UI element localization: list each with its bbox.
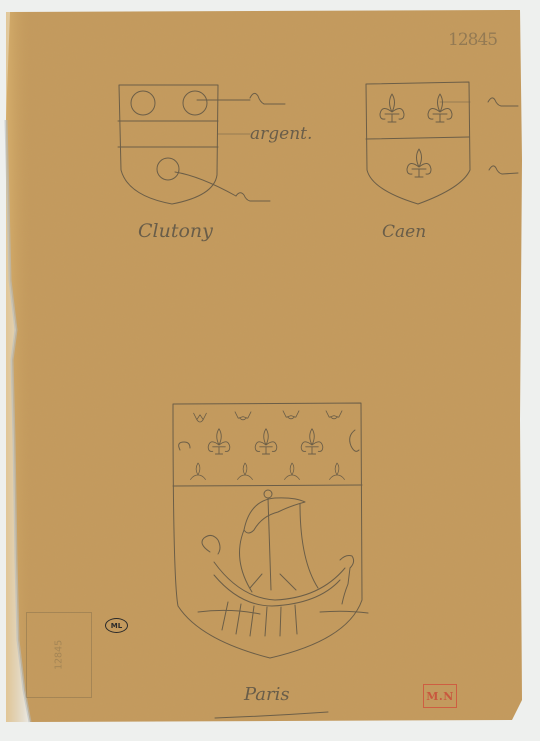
- faint-inventory-stamp: 12845: [26, 612, 92, 698]
- shield-label-clutony: Clutony: [138, 220, 213, 242]
- collector-stamp-ml: ML: [105, 618, 128, 633]
- shield-label-caen: Caen: [382, 222, 426, 242]
- inventory-number: 12845: [448, 30, 497, 50]
- museum-stamp-mn: M.N: [423, 684, 457, 708]
- shield-label-paris: Paris: [244, 684, 290, 705]
- annotation-argent: argent.: [250, 124, 312, 144]
